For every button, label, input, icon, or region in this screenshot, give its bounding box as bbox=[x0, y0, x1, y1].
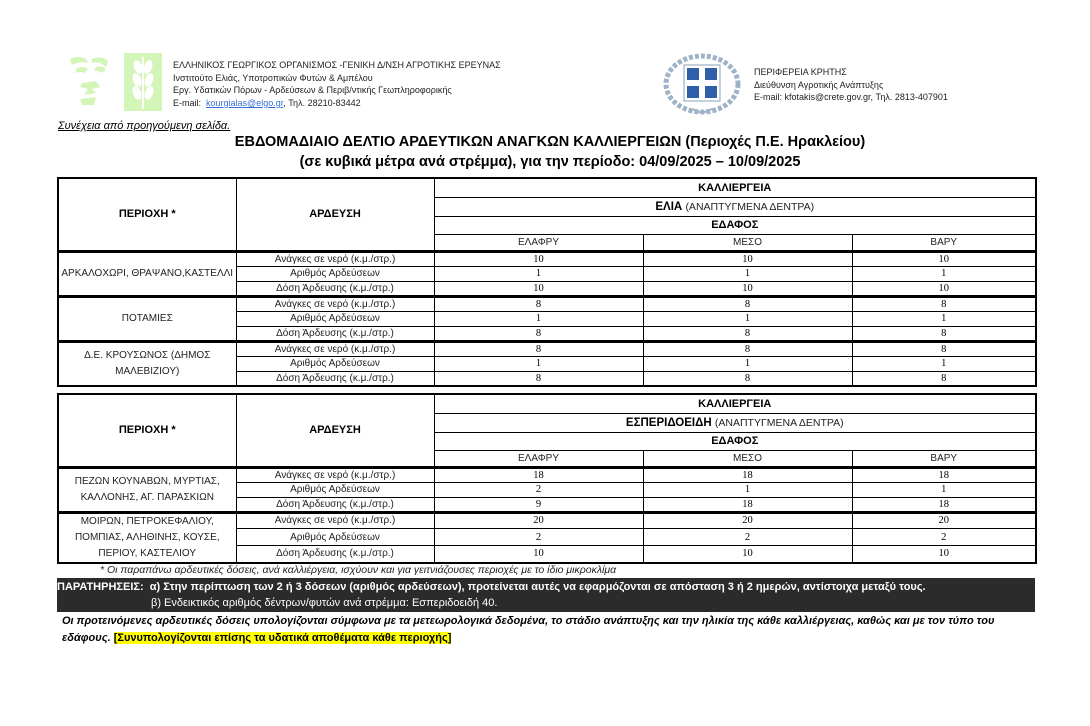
value-cell: 20 bbox=[643, 512, 852, 529]
page-subtitle: (σε κυβικά μέτρα ανά στρέμμα), για την π… bbox=[0, 154, 1090, 170]
value-cell: 1 bbox=[434, 311, 643, 326]
crete-directorate: Διεύθυνση Αγροτικής Ανάπτυξης bbox=[754, 79, 948, 92]
value-cell: 8 bbox=[643, 341, 852, 356]
value-cell: 1 bbox=[434, 356, 643, 371]
value-cell: 20 bbox=[434, 512, 643, 529]
crop-name: ΕΛΙΑ bbox=[655, 201, 682, 213]
crop-name-cell: ΕΣΠΕΡΙΔΟΕΙΔΗ (ΑΝΑΠΤΥΓΜΕΝΑ ΔΕΝΤΡΑ) bbox=[434, 413, 1036, 432]
irrigation-header: ΑΡΔΕΥΣΗ bbox=[236, 178, 434, 251]
table-row: ΠΟΤΑΜΙΕΣΑνάγκες σε νερό (κ.μ./στρ.)888 bbox=[58, 296, 1036, 311]
header-row: ΠΕΡΙΟΧΗ *ΑΡΔΕΥΣΗΚΑΛΛΙΕΡΓΕΙΑ bbox=[58, 178, 1036, 197]
value-cell: 2 bbox=[852, 529, 1036, 546]
elgo-institute: Ινστιτούτο Ελιάς, Υποτροπικών Φυτών & Αμ… bbox=[173, 72, 501, 85]
remark-a: α) Στην περίπτωση των 2 ή 3 δόσεων (αριθ… bbox=[150, 581, 926, 593]
metric-label: Δόση Άρδευσης (κ.μ./στρ.) bbox=[236, 281, 434, 296]
value-cell: 18 bbox=[852, 497, 1036, 512]
elgo-lab: Εργ. Υδατικών Πόρων - Αρδεύσεων & Περιβ/… bbox=[173, 84, 501, 97]
soil-type-2: ΒΑΡΥ bbox=[852, 234, 1036, 251]
value-cell: 1 bbox=[852, 266, 1036, 281]
metric-label: Αριθμός Αρδεύσεων bbox=[236, 356, 434, 371]
crop-header: ΚΑΛΛΙΕΡΓΕΙΑ bbox=[434, 394, 1036, 413]
metric-label: Αριθμός Αρδεύσεων bbox=[236, 529, 434, 546]
value-cell: 8 bbox=[852, 296, 1036, 311]
value-cell: 1 bbox=[643, 482, 852, 497]
region-name: ΑΡΚΑΛΟΧΩΡΙ, ΘΡΑΨΑΝΟ,ΚΑΣΤΕΛΛΙ bbox=[58, 251, 236, 296]
value-cell: 8 bbox=[852, 371, 1036, 386]
remarks-box: ΠΑΡΑΤΗΡΗΣΕΙΣ: α) Στην περίπτωση των 2 ή … bbox=[57, 578, 1035, 612]
value-cell: 10 bbox=[852, 251, 1036, 266]
hellenic-emblem-icon bbox=[662, 53, 742, 115]
metric-label: Αριθμός Αρδεύσεων bbox=[236, 482, 434, 497]
crete-region-name: ΠΕΡΙΦΕΡΕΙΑ ΚΡΗΤΗΣ bbox=[754, 66, 948, 79]
soil-type-0: ΕΛΑΦΡΥ bbox=[434, 450, 643, 467]
value-cell: 10 bbox=[643, 546, 852, 563]
crop-header: ΚΑΛΛΙΕΡΓΕΙΑ bbox=[434, 178, 1036, 197]
irrigation-table-citrus: ΠΕΡΙΟΧΗ *ΑΡΔΕΥΣΗΚΑΛΛΙΕΡΓΕΙΑΕΣΠΕΡΙΔΟΕΙΔΗ … bbox=[57, 393, 1037, 564]
metric-label: Δόση Άρδευσης (κ.μ./στρ.) bbox=[236, 546, 434, 563]
metric-label: Αριθμός Αρδεύσεων bbox=[236, 266, 434, 281]
value-cell: 2 bbox=[643, 529, 852, 546]
region-name: Δ.Ε. ΚΡΟΥΣΩΝΟΣ (ΔΗΜΟΣ ΜΑΛΕΒΙΖΙΟΥ) bbox=[58, 341, 236, 386]
value-cell: 18 bbox=[643, 467, 852, 482]
metric-label: Ανάγκες σε νερό (κ.μ./στρ.) bbox=[236, 512, 434, 529]
soil-type-1: ΜΕΣΟ bbox=[643, 234, 852, 251]
disclaimer: Οι προτεινόμενες αρδευτικές δόσεις υπολο… bbox=[62, 613, 1042, 647]
value-cell: 8 bbox=[643, 371, 852, 386]
remark-b: β) Ενδεικτικός αριθμός δέντρων/φυτών ανά… bbox=[151, 597, 497, 609]
value-cell: 8 bbox=[434, 341, 643, 356]
value-cell: 10 bbox=[434, 281, 643, 296]
irrigation-header: ΑΡΔΕΥΣΗ bbox=[236, 394, 434, 467]
table-row: ΜΟΙΡΩΝ, ΠΕΤΡΟΚΕΦΑΛΙΟΥ, ΠΟΜΠΙΑΣ, ΑΛΗΘΙΝΗΣ… bbox=[58, 512, 1036, 529]
value-cell: 8 bbox=[643, 326, 852, 341]
value-cell: 8 bbox=[434, 371, 643, 386]
irrigation-table-olive: ΠΕΡΙΟΧΗ *ΑΡΔΕΥΣΗΚΑΛΛΙΕΡΓΕΙΑΕΛΙΑ (ΑΝΑΠΤΥΓ… bbox=[57, 177, 1037, 387]
crop-name: ΕΣΠΕΡΙΔΟΕΙΔΗ bbox=[626, 417, 712, 429]
value-cell: 9 bbox=[434, 497, 643, 512]
soil-header: ΕΔΑΦΟΣ bbox=[434, 432, 1036, 450]
value-cell: 18 bbox=[434, 467, 643, 482]
metric-label: Ανάγκες σε νερό (κ.μ./στρ.) bbox=[236, 251, 434, 266]
metric-label: Δόση Άρδευσης (κ.μ./στρ.) bbox=[236, 497, 434, 512]
crete-contact-block: ΠΕΡΙΦΕΡΕΙΑ ΚΡΗΤΗΣ Διεύθυνση Αγροτικής Αν… bbox=[754, 66, 948, 104]
value-cell: 1 bbox=[852, 356, 1036, 371]
email-link[interactable]: kourgialas@elgo.gr bbox=[206, 98, 283, 108]
email-label: E-mail: bbox=[173, 98, 201, 108]
crop-note: (ΑΝΑΠΤΥΓΜΕΝΑ ΔΕΝΤΡΑ) bbox=[685, 201, 814, 213]
table-row: ΠΕΖΩΝ ΚΟΥΝΑΒΩΝ, ΜΥΡΤΙΑΣ, ΚΑΛΛΟΝΗΣ, ΑΓ. Π… bbox=[58, 467, 1036, 482]
value-cell: 18 bbox=[643, 497, 852, 512]
elgo-contact-block: ΕΛΛΗΝΙΚΟΣ ΓΕΩΡΓΙΚΟΣ ΟΡΓΑΝΙΣΜΟΣ -ΓΕΝΙΚΗ Δ… bbox=[173, 59, 501, 109]
value-cell: 1 bbox=[643, 266, 852, 281]
elgo-org-name: ΕΛΛΗΝΙΚΟΣ ΓΕΩΡΓΙΚΟΣ ΟΡΓΑΝΙΣΜΟΣ -ΓΕΝΙΚΗ Δ… bbox=[173, 59, 501, 72]
crop-name-cell: ΕΛΙΑ (ΑΝΑΠΤΥΓΜΕΝΑ ΔΕΝΤΡΑ) bbox=[434, 197, 1036, 216]
value-cell: 2 bbox=[434, 529, 643, 546]
value-cell: 18 bbox=[852, 467, 1036, 482]
phone-text: , Τηλ. 28210-83442 bbox=[283, 98, 360, 108]
soil-type-2: ΒΑΡΥ bbox=[852, 450, 1036, 467]
value-cell: 1 bbox=[434, 266, 643, 281]
value-cell: 10 bbox=[434, 251, 643, 266]
disclaimer-highlight: [Συνυπολογίζονται επίσης τα υδατικά αποθ… bbox=[114, 632, 452, 644]
value-cell: 1 bbox=[852, 482, 1036, 497]
value-cell: 20 bbox=[852, 512, 1036, 529]
value-cell: 8 bbox=[852, 341, 1036, 356]
soil-type-0: ΕΛΑΦΡΥ bbox=[434, 234, 643, 251]
crop-note: (ΑΝΑΠΤΥΓΜΕΝΑ ΔΕΝΤΡΑ) bbox=[715, 417, 844, 429]
footnote: * Οι παραπάνω αρδευτικές δόσεις, ανά καλ… bbox=[100, 564, 1000, 576]
crete-contact: E-mail: kfotakis@crete.gov.gr, Τηλ. 2813… bbox=[754, 91, 948, 104]
table-row: Δ.Ε. ΚΡΟΥΣΩΝΟΣ (ΔΗΜΟΣ ΜΑΛΕΒΙΖΙΟΥ)Ανάγκες… bbox=[58, 341, 1036, 356]
remarks-label: ΠΑΡΑΤΗΡΗΣΕΙΣ: bbox=[57, 581, 144, 593]
value-cell: 2 bbox=[434, 482, 643, 497]
region-name: ΠΕΖΩΝ ΚΟΥΝΑΒΩΝ, ΜΥΡΤΙΑΣ, ΚΑΛΛΟΝΗΣ, ΑΓ. Π… bbox=[58, 467, 236, 512]
region-name: ΠΟΤΑΜΙΕΣ bbox=[58, 296, 236, 341]
table-row: ΑΡΚΑΛΟΧΩΡΙ, ΘΡΑΨΑΝΟ,ΚΑΣΤΕΛΛΙΑνάγκες σε ν… bbox=[58, 251, 1036, 266]
region-header: ΠΕΡΙΟΧΗ * bbox=[58, 394, 236, 467]
continued-note: Συνέχεια από προηγούμενη σελίδα. bbox=[58, 120, 230, 132]
metric-label: Ανάγκες σε νερό (κ.μ./στρ.) bbox=[236, 467, 434, 482]
value-cell: 1 bbox=[852, 311, 1036, 326]
soil-header: ΕΔΑΦΟΣ bbox=[434, 216, 1036, 234]
metric-label: Ανάγκες σε νερό (κ.μ./στρ.) bbox=[236, 296, 434, 311]
value-cell: 10 bbox=[643, 251, 852, 266]
metric-label: Αριθμός Αρδεύσεων bbox=[236, 311, 434, 326]
metric-label: Ανάγκες σε νερό (κ.μ./στρ.) bbox=[236, 341, 434, 356]
metric-label: Δόση Άρδευσης (κ.μ./στρ.) bbox=[236, 326, 434, 341]
value-cell: 8 bbox=[434, 326, 643, 341]
elgo-demeter-logo-icon bbox=[66, 53, 166, 111]
region-header: ΠΕΡΙΟΧΗ * bbox=[58, 178, 236, 251]
header-row: ΠΕΡΙΟΧΗ *ΑΡΔΕΥΣΗΚΑΛΛΙΕΡΓΕΙΑ bbox=[58, 394, 1036, 413]
region-name: ΜΟΙΡΩΝ, ΠΕΤΡΟΚΕΦΑΛΙΟΥ, ΠΟΜΠΙΑΣ, ΑΛΗΘΙΝΗΣ… bbox=[58, 512, 236, 563]
value-cell: 10 bbox=[643, 281, 852, 296]
page-title: ΕΒΔΟΜΑΔΙΑΙΟ ΔΕΛΤΙΟ ΑΡΔΕΥΤΙΚΩΝ ΑΝΑΓΚΩΝ ΚΑ… bbox=[0, 134, 1090, 150]
value-cell: 8 bbox=[852, 326, 1036, 341]
value-cell: 10 bbox=[852, 281, 1036, 296]
elgo-contact-line: E-mail: kourgialas@elgo.gr, Τηλ. 28210-8… bbox=[173, 97, 501, 110]
value-cell: 1 bbox=[643, 356, 852, 371]
metric-label: Δόση Άρδευσης (κ.μ./στρ.) bbox=[236, 371, 434, 386]
value-cell: 8 bbox=[643, 296, 852, 311]
value-cell: 10 bbox=[852, 546, 1036, 563]
soil-type-1: ΜΕΣΟ bbox=[643, 450, 852, 467]
value-cell: 1 bbox=[643, 311, 852, 326]
remark-a-line: ΠΑΡΑΤΗΡΗΣΕΙΣ: α) Στην περίπτωση των 2 ή … bbox=[57, 581, 926, 593]
value-cell: 10 bbox=[434, 546, 643, 563]
value-cell: 8 bbox=[434, 296, 643, 311]
